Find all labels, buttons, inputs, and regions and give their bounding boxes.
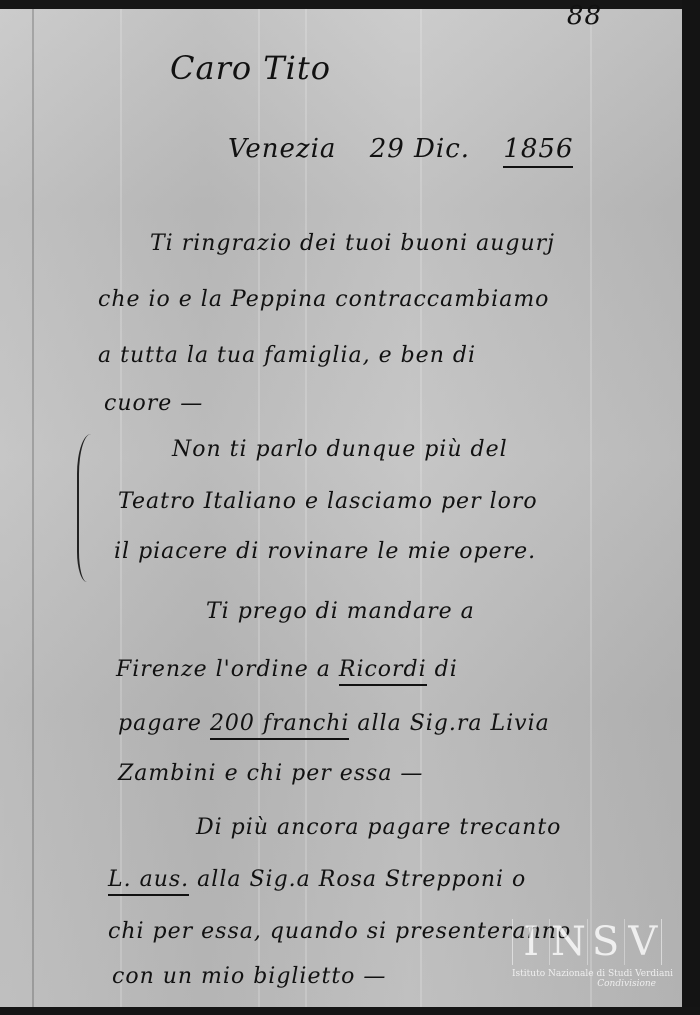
body-line: L. aus. alla Sig.a Rosa Strepponi o — [108, 867, 526, 892]
place: Venezia — [228, 134, 336, 164]
body-line: a tutta la tua famiglia, e ben di — [98, 343, 476, 368]
body-line: pagare 200 franchi alla Sig.ra Livia — [118, 711, 550, 736]
paper-streak — [590, 9, 592, 1007]
watermark-letter: N — [550, 919, 587, 965]
underlined-amount: 200 franchi — [210, 711, 349, 740]
watermark-letter: I — [513, 919, 550, 965]
underlined-name: Ricordi — [339, 657, 427, 686]
body-line: Teatro Italiano e lasciamo per loro — [118, 489, 538, 514]
watermark-logo: I N S V — [512, 919, 662, 965]
body-line: chi per essa, quando si presenteranno — [108, 919, 571, 944]
text-segment: pagare — [118, 711, 210, 736]
text-segment: Firenze l'ordine a — [116, 657, 339, 682]
margin-bracket — [77, 434, 93, 582]
watermark-letter: V — [625, 919, 661, 965]
body-line: Non ti parlo dunque più del — [172, 437, 508, 462]
body-line: Ti ringrazio dei tuoi buoni augurj — [150, 231, 555, 256]
letter-page: 88 Caro Tito Venezia 29 Dic. 1856 Ti rin… — [0, 9, 682, 1007]
body-line: cuore — — [104, 391, 203, 416]
watermark-letter: S — [588, 919, 625, 965]
scan-bottom-edge — [0, 1007, 700, 1015]
body-line: Zambini e chi per essa — — [118, 761, 423, 786]
place-date: Venezia 29 Dic. 1856 — [228, 134, 573, 164]
body-line: Firenze l'ordine a Ricordi di — [116, 657, 458, 682]
paper-fold-line — [32, 9, 34, 1007]
text-segment: alla Sig.a Rosa Strepponi o — [189, 867, 526, 892]
watermark-institution: Istituto Nazionale di Studi Verdiani — [512, 969, 662, 979]
insv-watermark: I N S V Istituto Nazionale di Studi Verd… — [512, 919, 662, 999]
body-line: il piacere di rovinare le mie opere. — [114, 539, 536, 564]
text-segment: di — [427, 657, 458, 682]
scan-right-edge — [682, 0, 700, 1015]
body-line: Ti prego di mandare a — [206, 599, 475, 624]
watermark-label: Condivisione — [512, 979, 662, 989]
day-month: 29 Dic. — [370, 134, 470, 164]
body-line: che io e la Peppina contraccambiamo — [98, 287, 549, 312]
text-segment: alla Sig.ra Livia — [349, 711, 549, 736]
body-line: Di più ancora pagare trecanto — [196, 815, 561, 840]
body-line: con un mio biglietto — — [112, 964, 386, 989]
page-number: 88 — [567, 1, 602, 31]
underlined-amount: L. aus. — [108, 867, 189, 896]
year: 1856 — [503, 134, 573, 168]
salutation: Caro Tito — [170, 49, 331, 87]
